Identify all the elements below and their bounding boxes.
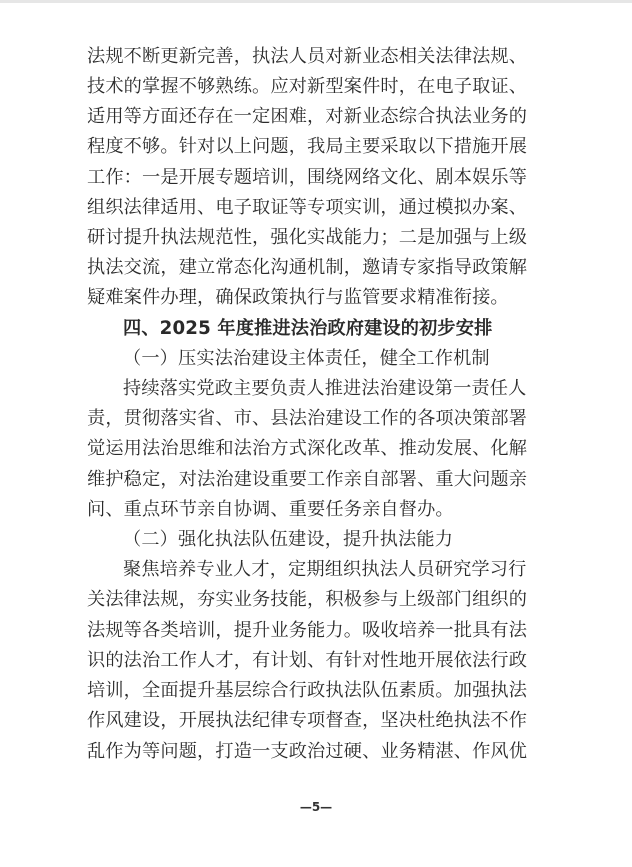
document-page: 法规不断更新完善，执法人员对新业态相关法律法规、监管 技术的掌握不够熟练。应对新…	[0, 0, 632, 867]
body-text-line: 聚焦培养专业人才，定期组织执法人员研究学习行业相	[123, 555, 527, 585]
body-text-line: 法规不断更新完善，执法人员对新业态相关法律法规、监管	[87, 42, 527, 72]
section-heading-4: 四、2025 年度推进法治政府建设的初步安排	[123, 314, 527, 344]
body-text-line: 责，贯彻落实省、市、县法治建设工作的各项决策部署，自	[87, 404, 527, 434]
body-text-line: 研讨提升执法规范性，强化实战能力；二是加强与上级部门	[87, 223, 527, 253]
body-text-line: 法规等各类培训，提升业务能力。吸收培养一批具有法律知	[87, 616, 527, 646]
body-text-line: 识的法治工作人才，有计划、有针对性地开展依法行政工作	[87, 646, 527, 676]
subsection-heading-2: （二）强化执法队伍建设，提升执法能力	[123, 525, 527, 555]
subsection-heading-1: （一）压实法治建设主体责任，健全工作机制	[123, 344, 527, 374]
body-text-line: 持续落实党政主要负责人推进法治建设第一责任人职	[123, 374, 527, 404]
body-text-line: 工作：一是开展专题培训，围绕网络文化、剧本娱乐等领域	[87, 163, 527, 193]
body-text-line: 培训，全面提升基层综合行政执法队伍素质。加强执法队伍	[87, 676, 527, 706]
body-text-line: 适用等方面还存在一定困难，对新业态综合执法业务的熟悉	[87, 102, 527, 132]
body-text-line: 问、重点环节亲自协调、重要任务亲自督办。	[87, 495, 527, 525]
body-text-line: 疑难案件办理，确保政策执行与监管要求精准衔接。	[87, 283, 527, 313]
body-text-line: 维护稳定，对法治建设重要工作亲自部署、重大问题亲自过	[87, 465, 527, 495]
body-text-line: 乱作为等问题，打造一支政治过硬、业务精湛、作风优良的	[87, 737, 527, 767]
body-text-line: 觉运用法治思维和法治方式深化改革、推动发展、化解矛盾、	[87, 434, 527, 464]
page-number: —5—	[0, 800, 632, 814]
body-text-line: 关法律法规，夯实业务技能，积极参与上级部门组织的法律	[87, 585, 527, 615]
body-text-line: 执法交流，建立常态化沟通机制，邀请专家指导政策解读及	[87, 253, 527, 283]
body-text-line: 组织法律适用、电子取证等专项实训，通过模拟办案、案例	[87, 193, 527, 223]
body-text-line: 作风建设，开展执法纪律专项督查，坚决杜绝执法不作为、	[87, 706, 527, 736]
body-text-line: 技术的掌握不够熟练。应对新型案件时，在电子取证、法律	[87, 72, 527, 102]
body-text-line: 程度不够。针对以上问题，我局主要采取以下措施开展整改	[87, 132, 527, 162]
